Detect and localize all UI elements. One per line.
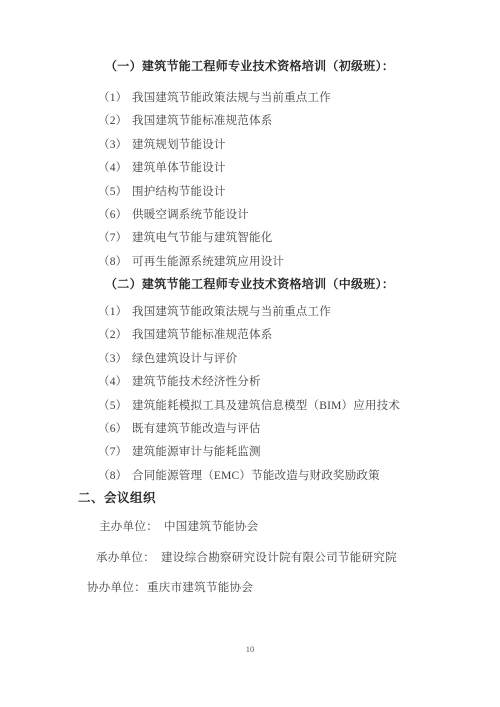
item-number: （7） (98, 441, 132, 464)
item-text: 建筑能耗模拟工具及建筑信息模型（BIM）应用技术 (132, 400, 400, 412)
organizer-value: 建设综合勘察研究设计院有限公司节能研究院 (161, 552, 397, 564)
item-number: （3） (98, 134, 132, 157)
item-text: 供暖空调系统节能设计 (132, 209, 249, 221)
item-text: 可再生能源系统建筑应用设计 (132, 256, 284, 268)
item-number: （6） (98, 418, 132, 441)
undertaker-organizer-line: 承办单位：建设综合勘察研究设计院有限公司节能研究院 (96, 551, 397, 565)
list-item: （7）建筑电气节能与建筑智能化 (98, 227, 331, 250)
organizer-value: 中国建筑节能协会 (164, 521, 258, 533)
list-item: （4）建筑单体节能设计 (98, 157, 331, 180)
item-number: （4） (98, 157, 132, 180)
section-1-heading: （一）建筑节能工程师专业技术资格培训（初级班）： (105, 59, 394, 73)
item-text: 建筑单体节能设计 (132, 162, 226, 174)
list-item: （2）我国建筑节能标准规范体系 (98, 110, 331, 133)
list-item: （8）可再生能源系统建筑应用设计 (98, 251, 331, 274)
item-text: 建筑电气节能与建筑智能化 (132, 232, 272, 244)
section-1-item-list: （1）我国建筑节能政策法规与当前重点工作 （2）我国建筑节能标准规范体系 （3）… (98, 87, 331, 274)
list-item: （8）合同能源管理（EMC）节能改造与财政奖励政策 (98, 465, 400, 488)
item-text: 建筑节能技术经济性分析 (132, 376, 261, 388)
item-number: （8） (98, 251, 132, 274)
list-item: （1）我国建筑节能政策法规与当前重点工作 (98, 87, 331, 110)
item-number: （6） (98, 204, 132, 227)
list-item: （6）供暖空调系统节能设计 (98, 204, 331, 227)
item-text: 围护结构节能设计 (132, 186, 226, 198)
item-number: （2） (98, 110, 132, 133)
page-number: 10 (0, 644, 500, 654)
item-number: （1） (98, 301, 132, 324)
document-page: （一）建筑节能工程师专业技术资格培训（初级班）： （1）我国建筑节能政策法规与当… (0, 0, 500, 707)
item-text: 我国建筑节能政策法规与当前重点工作 (132, 92, 331, 104)
item-number: （2） (98, 324, 132, 347)
item-number: （8） (98, 465, 132, 488)
item-number: （5） (98, 395, 132, 418)
item-text: 绿色建筑设计与评价 (132, 353, 237, 365)
host-organizer-line: 主办单位：中国建筑节能协会 (99, 520, 258, 534)
item-text: 建筑能源审计与能耗监测 (132, 446, 261, 458)
item-text: 我国建筑节能政策法规与当前重点工作 (132, 306, 331, 318)
section-2-item-list: （1）我国建筑节能政策法规与当前重点工作 （2）我国建筑节能标准规范体系 （3）… (98, 301, 400, 488)
item-number: （5） (98, 181, 132, 204)
list-item: （4）建筑节能技术经济性分析 (98, 371, 400, 394)
organizer-value: 重庆市建筑节能协会 (147, 582, 253, 594)
list-item: （6）既有建筑节能改造与评估 (98, 418, 400, 441)
item-number: （7） (98, 227, 132, 250)
organizer-label: 承办单位： (96, 552, 155, 564)
item-number: （4） (98, 371, 132, 394)
item-text: 我国建筑节能标准规范体系 (132, 329, 272, 341)
item-text: 我国建筑节能标准规范体系 (132, 115, 272, 127)
section-2-heading: （二）建筑节能工程师专业技术资格培训（中级班）： (105, 277, 394, 291)
list-item: （1）我国建筑节能政策法规与当前重点工作 (98, 301, 400, 324)
list-item: （2）我国建筑节能标准规范体系 (98, 324, 400, 347)
item-number: （1） (98, 87, 132, 110)
item-number: （3） (98, 348, 132, 371)
item-text: 合同能源管理（EMC）节能改造与财政奖励政策 (132, 470, 380, 482)
list-item: （3）建筑规划节能设计 (98, 134, 331, 157)
co-organizer-line: 协办单位：重庆市建筑节能协会 (87, 581, 253, 595)
list-item: （5）围护结构节能设计 (98, 181, 331, 204)
list-item: （5）建筑能耗模拟工具及建筑信息模型（BIM）应用技术 (98, 395, 400, 418)
item-text: 既有建筑节能改造与评估 (132, 423, 261, 435)
organization-section-heading: 二、会议组织 (78, 491, 156, 506)
organizer-label: 主办单位： (99, 521, 158, 533)
item-text: 建筑规划节能设计 (132, 139, 226, 151)
list-item: （7）建筑能源审计与能耗监测 (98, 441, 400, 464)
list-item: （3）绿色建筑设计与评价 (98, 348, 400, 371)
organizer-label: 协办单位： (87, 582, 146, 594)
